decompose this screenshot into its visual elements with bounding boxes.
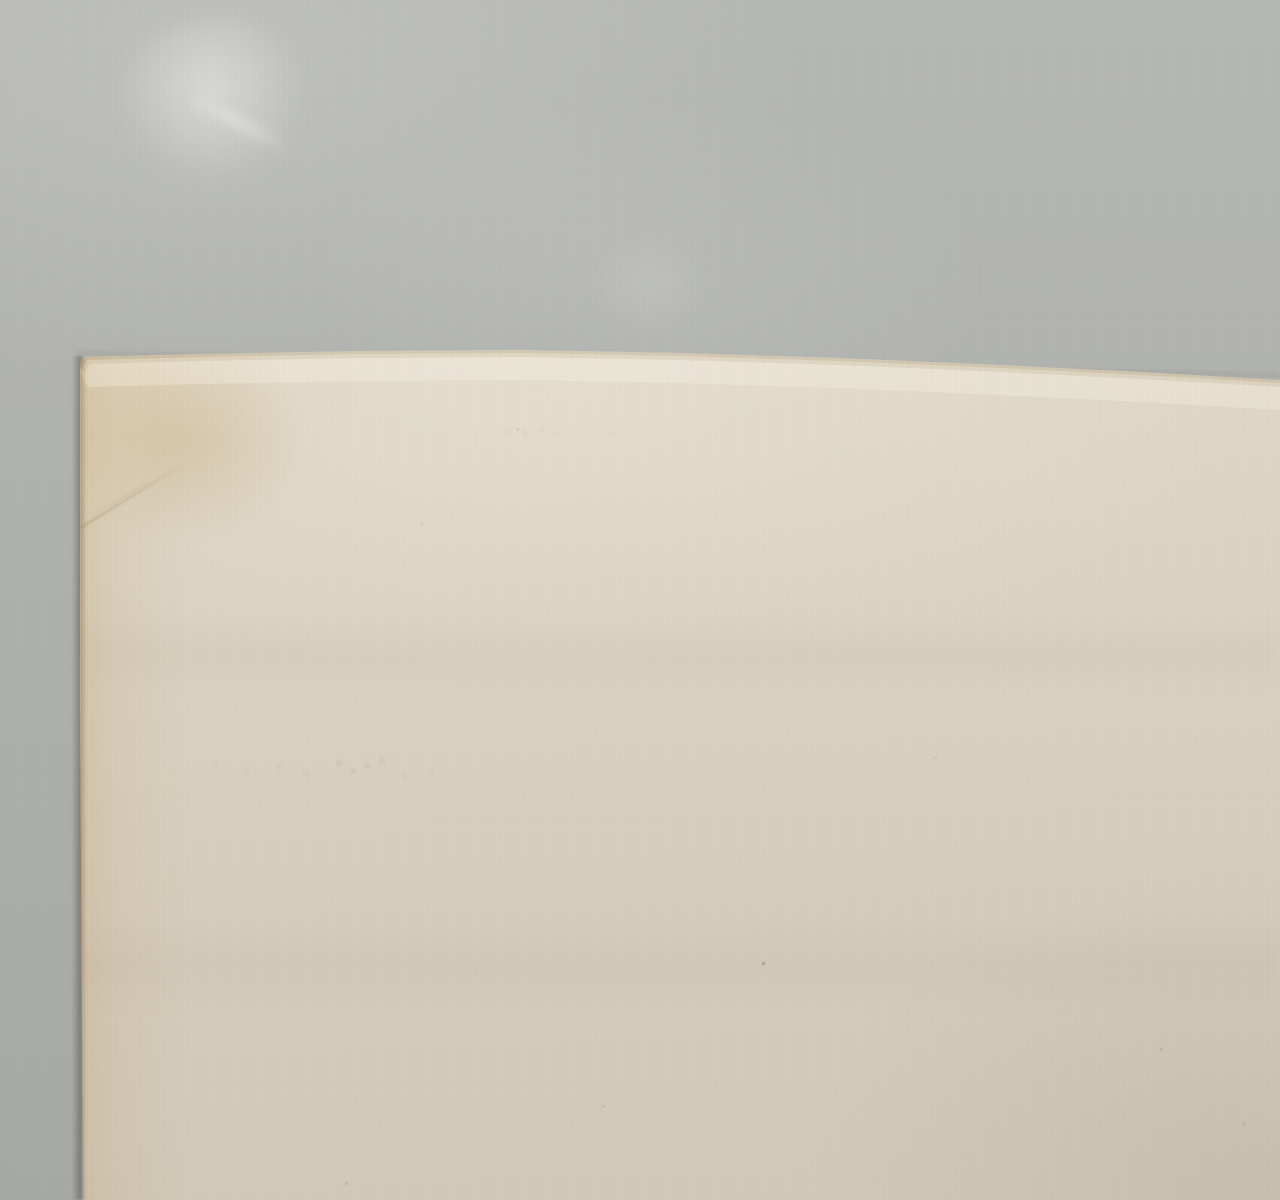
showthrough-band: [84, 620, 1280, 690]
background-light-patch: [590, 230, 710, 340]
showthrough-band: [84, 920, 1280, 1010]
photo: [0, 0, 1280, 1200]
